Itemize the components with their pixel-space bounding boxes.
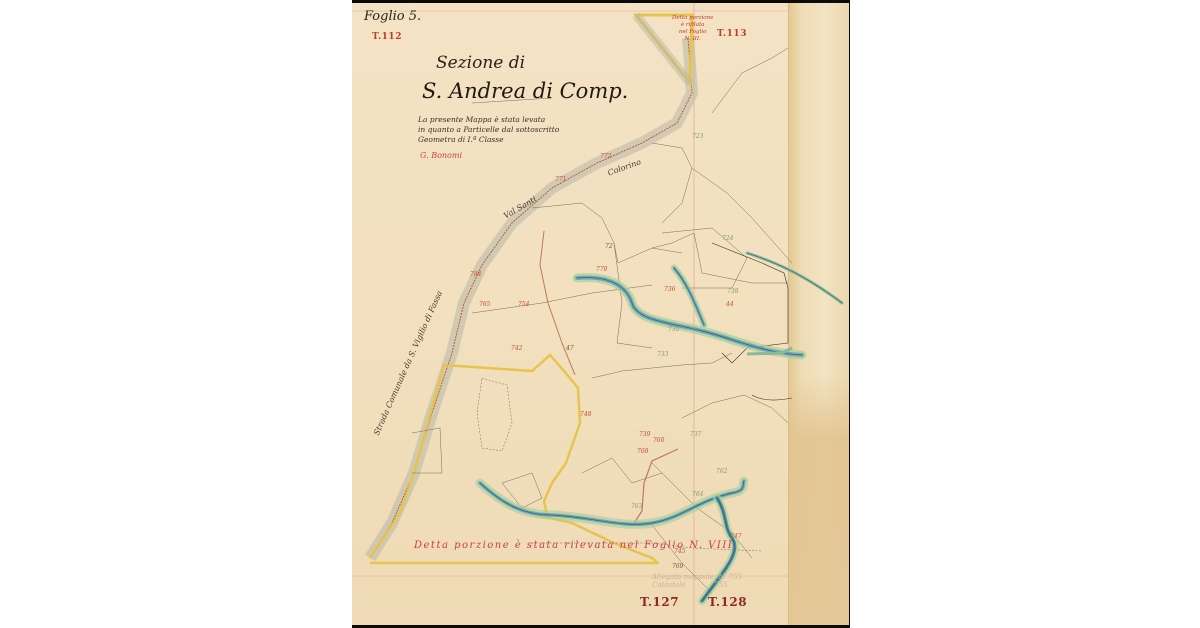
parcel-number: 72 [605,243,613,250]
parcel-number: 771 [555,176,566,183]
parcel-number: 745 [674,548,685,555]
map-title-line1: Sezione di [436,53,525,73]
road-center-red [540,231,575,375]
parcel-number: 748 [580,411,591,418]
bottom-annotation: Detta porzione è stata rilevata nel Fogl… [414,540,738,551]
parcel-number: 47 [566,345,574,352]
parcel-number: 764 [692,491,703,498]
river-tributary [674,268,704,325]
parcel-number: 760 [653,437,664,444]
parcel-number: 737 [690,431,701,438]
parcel-number: 763 [631,503,642,510]
surveyor-note: La presente Mappa è stata levata in quan… [418,115,559,145]
parcel-number: 769 [672,563,683,570]
parcel-number: 736 [664,286,675,293]
map-title-line2: S. Andrea di Comp. [422,79,628,103]
tile-label-top-right: T.113 [717,29,747,39]
parcel-number: 738 [727,288,738,295]
faint-pencil-note: Allegato mappale N. 755 Catastale 755 [652,573,742,589]
parcel-number: 747 [730,533,741,540]
parcel-number: 733 [657,351,668,358]
sheet-number-label: Foglio 5. [364,9,421,24]
road-lower-red [634,449,678,523]
parcel-number: 768 [637,448,648,455]
river-upper-right [747,253,842,303]
parcel-number: 762 [716,468,727,475]
parcel-number: 739 [639,431,650,438]
parcel-number: 44 [726,301,734,308]
parcel-number: 784 [470,271,481,278]
parcel-number: 754 [518,301,529,308]
parcel-number: 742 [511,345,522,352]
tile-label-bottom-right: T.128 [708,595,747,609]
tile-label-bottom-left: T.127 [640,595,679,609]
triangle-box-note: Detta porzione è rifilata nel Foglio N. … [672,15,713,43]
parcel-number: 765 [479,301,490,308]
parcel-number: 772 [600,153,611,160]
tile-label-top-left: T.112 [372,32,402,42]
surveyor-signature: G. Bonomi [420,151,462,160]
parcel-number: 770 [596,266,607,273]
map-paper: Foglio 5. T.112 T.113 T.127 T.128 Sezion… [352,3,848,625]
parcel-number: 723 [692,133,703,140]
map-sheet-frame: Foglio 5. T.112 T.113 T.127 T.128 Sezion… [352,0,850,628]
parcel-number: 724 [722,235,733,242]
parcel-number: 735 [668,326,679,333]
